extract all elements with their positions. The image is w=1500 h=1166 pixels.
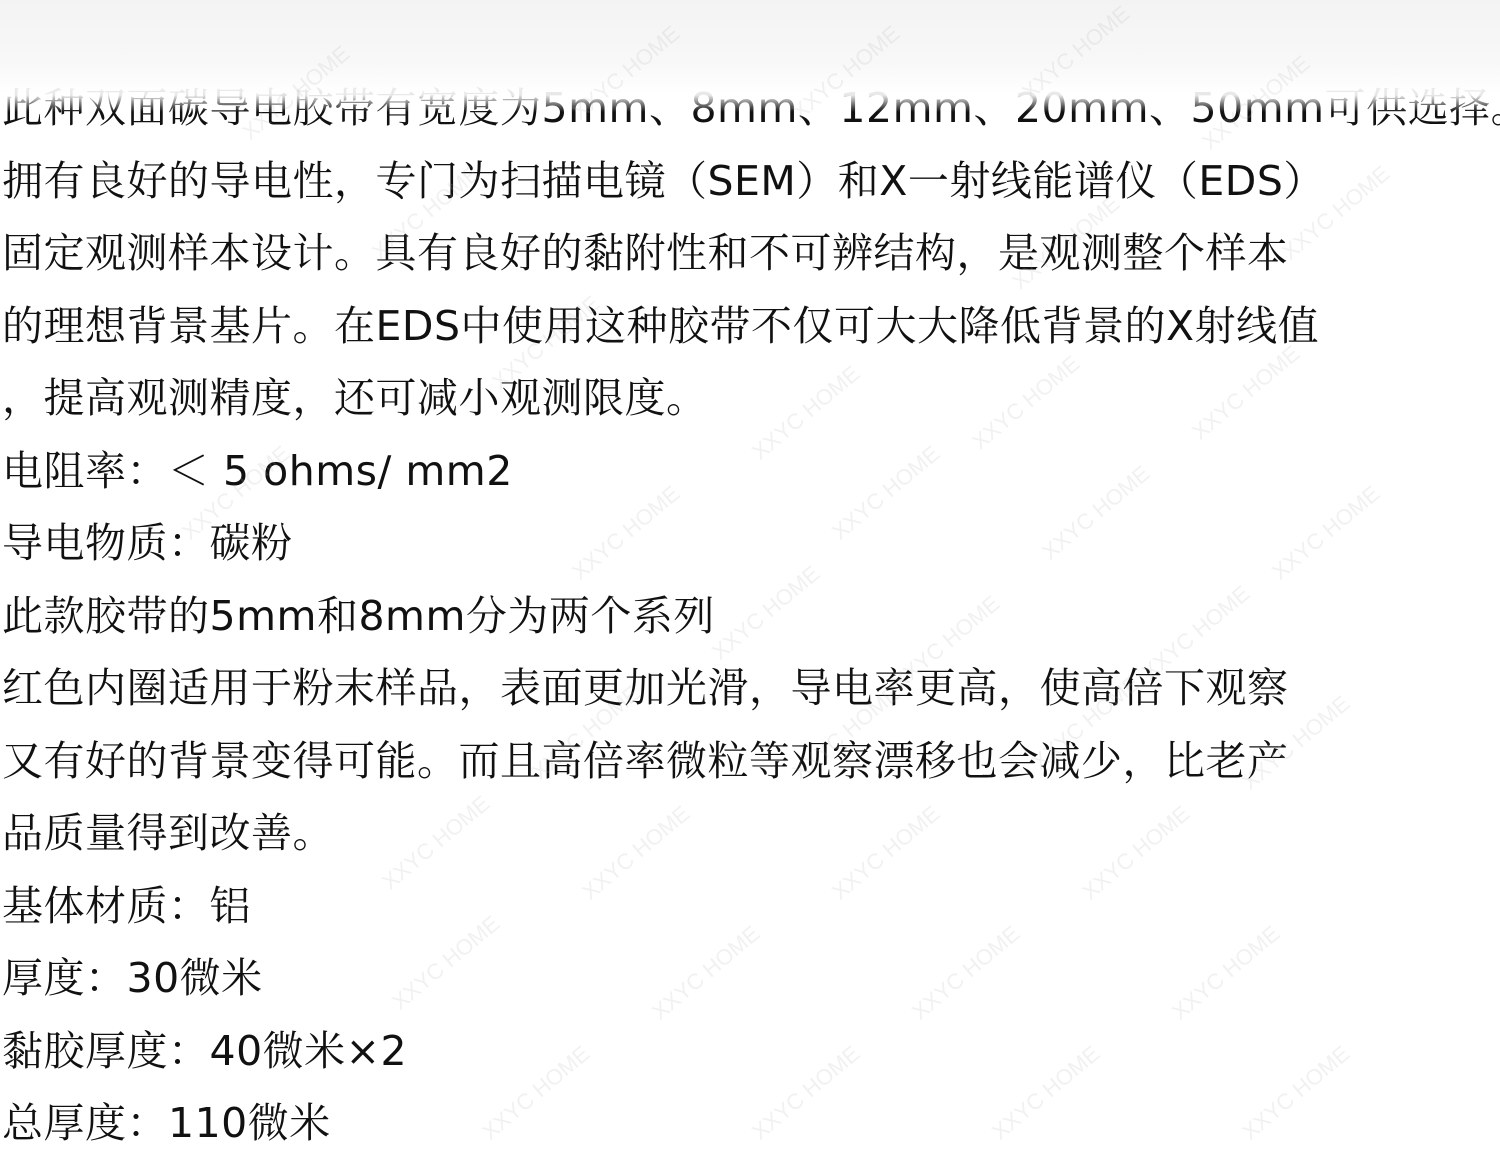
adhesive-thickness-spec: 黏胶厚度：40微米×2: [2, 1027, 407, 1075]
total-thickness-spec: 总厚度：110微米: [2, 1099, 331, 1147]
watermark: XXYC HOME: [987, 1041, 1105, 1146]
watermark: XXYC HOME: [567, 481, 685, 586]
red-core-line-1: 红色内圈适用于粉末样品，表面更加光滑，导电率更高，使高倍下观察: [2, 664, 1289, 712]
watermark: XXYC HOME: [827, 441, 945, 546]
watermark: XXYC HOME: [577, 801, 695, 906]
watermark: XXYC HOME: [477, 1041, 595, 1146]
design-line: 固定观测样本设计。具有良好的黏附性和不可辨结构，是观测整个样本: [2, 229, 1289, 277]
top-fade-overlay: [0, 0, 1500, 112]
watermark: XXYC HOME: [377, 791, 495, 896]
watermark: XXYC HOME: [967, 351, 1085, 456]
conductivity-line: 拥有良好的导电性，专门为扫描电镜（SEM）和X一射线能谱仪（EDS）: [2, 157, 1325, 205]
watermark: XXYC HOME: [907, 921, 1025, 1026]
watermark: XXYC HOME: [747, 361, 865, 466]
red-core-line-2: 又有好的背景变得可能。而且高倍率微粒等观察漂移也会减少，比老产: [2, 737, 1289, 785]
conductive-material-spec: 导电物质：碳粉: [2, 519, 293, 567]
thickness-spec: 厚度：30微米: [2, 954, 263, 1002]
resistivity-spec: 电阻率：＜ 5 ohms/ mm2: [2, 447, 513, 495]
watermark: XXYC HOME: [1077, 801, 1195, 906]
watermark: XXYC HOME: [827, 801, 945, 906]
watermark: XXYC HOME: [1267, 481, 1385, 586]
red-core-line-3: 品质量得到改善。: [2, 809, 334, 857]
watermark: XXYC HOME: [1037, 461, 1155, 566]
base-material-spec: 基体材质：铝: [2, 882, 251, 930]
watermark: XXYC HOME: [1187, 341, 1305, 446]
watermark: XXYC HOME: [387, 911, 505, 1016]
watermark: XXYC HOME: [747, 1041, 865, 1146]
precision-line: ，提高观测精度，还可减小观测限度。: [2, 374, 708, 422]
watermark: XXYC HOME: [707, 561, 825, 666]
watermark: XXYC HOME: [1237, 1041, 1355, 1146]
series-line: 此款胶带的5mm和8mm分为两个系列: [2, 592, 715, 640]
watermark: XXYC HOME: [647, 921, 765, 1026]
watermark: XXYC HOME: [1167, 921, 1285, 1026]
background-line: 的理想背景基片。在EDS中使用这种胶带不仅可大大降低背景的X射线值: [2, 302, 1319, 350]
